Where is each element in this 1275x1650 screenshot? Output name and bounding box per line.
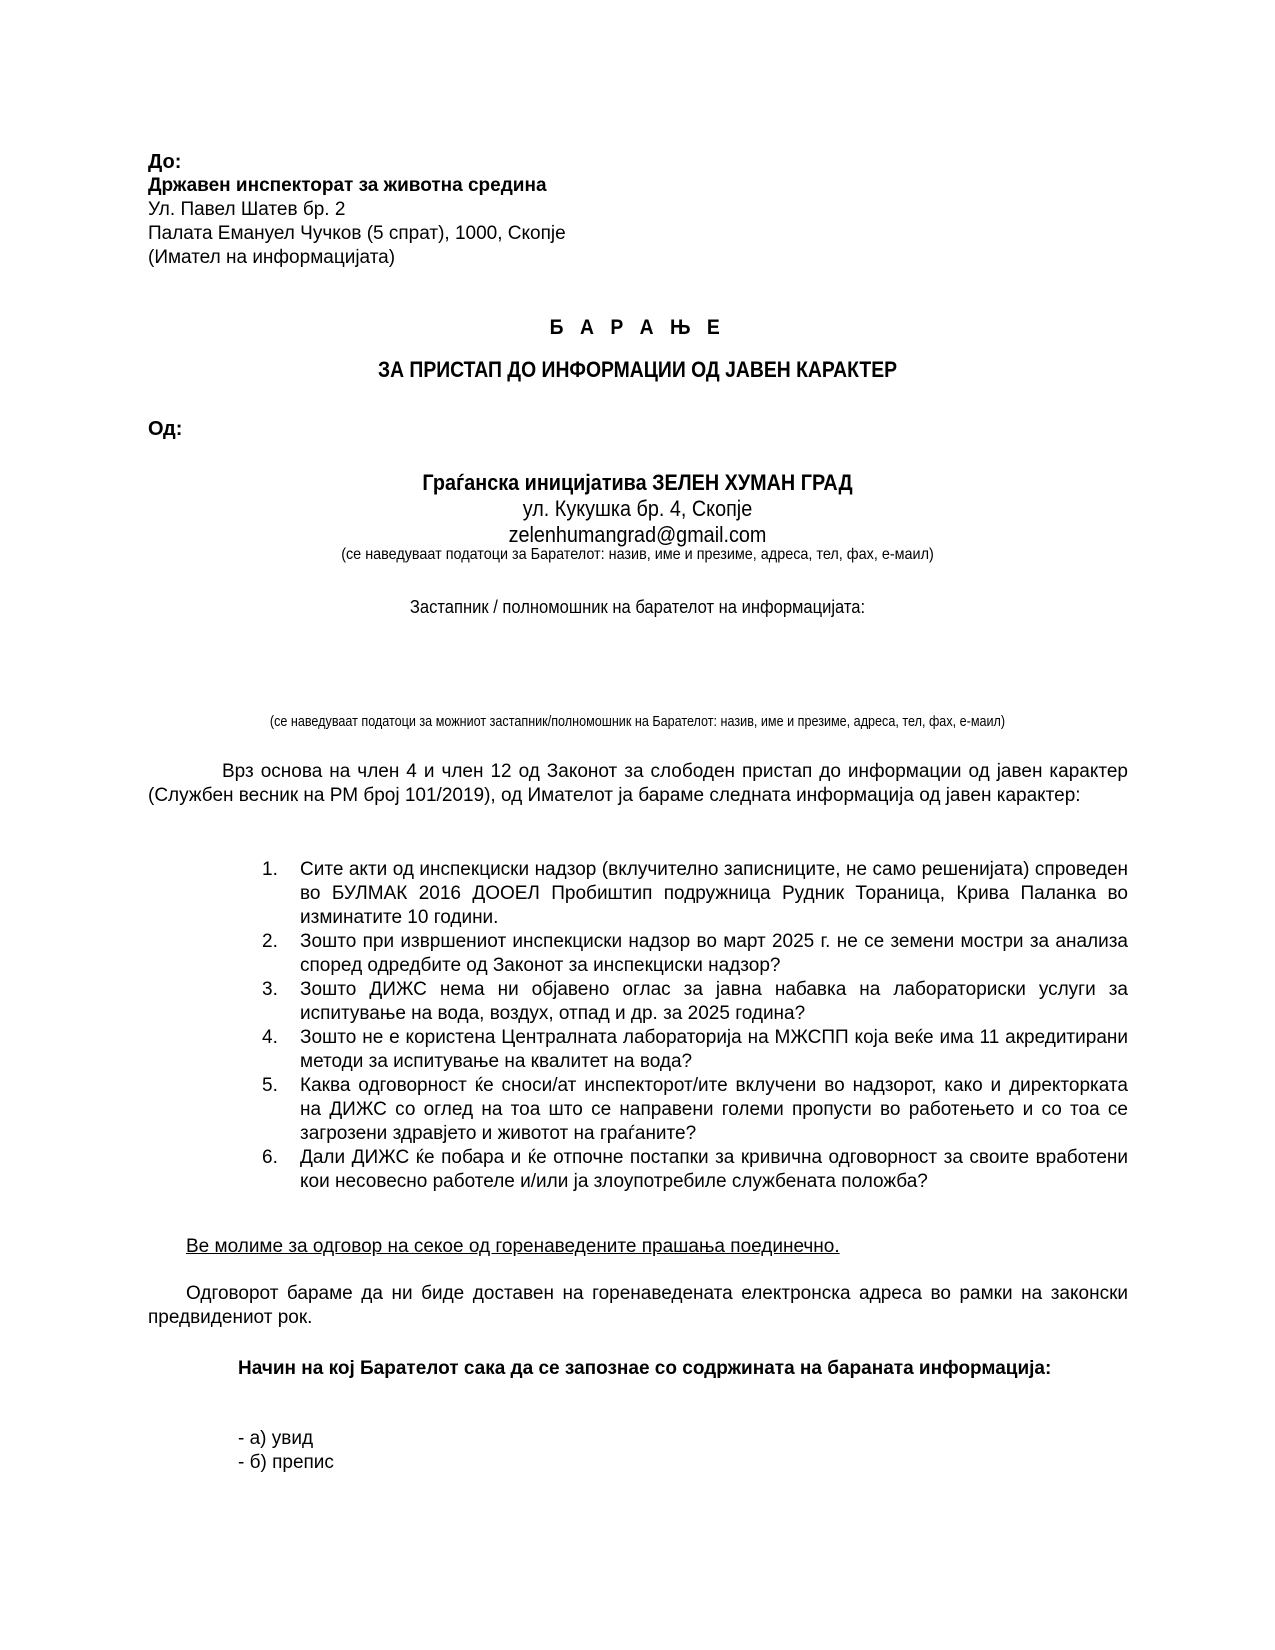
sender-org-name: ЗЕЛЕН ХУМАН ГРАД — [652, 470, 852, 495]
representative-label: Застапник / полномошник на барателот на … — [51, 597, 1224, 618]
document-subtitle: ЗА ПРИСТАП ДО ИНФОРМАЦИИ ОД ЈАВЕН КАРАКТ… — [77, 357, 1199, 383]
recipient-name: Државен инспекторат за животна средина — [148, 174, 566, 198]
delivery-paragraph: Одговорот бараме да ни биде доставен на … — [148, 1282, 1128, 1330]
manner-options: - а) увид - б) препис — [238, 1427, 334, 1475]
intro-paragraph: Врз основа на член 4 и член 12 од Законо… — [148, 760, 1128, 808]
question-text: Зошто при извршениот инспекциски надзор … — [300, 931, 1128, 976]
sender-address: ул. Кукушка бр. 4, Скопје — [64, 496, 1212, 522]
manner-heading: Начин на кој Барателот сака да се запозн… — [238, 1357, 1128, 1381]
recipient-block: До: Државен инспекторат за животна среди… — [148, 150, 566, 270]
question-number: 5. — [262, 1074, 278, 1098]
delivery-text: Одговорот бараме да ни биде доставен на … — [148, 1283, 1128, 1328]
question-text: Зошто ДИЖС нема ни објавено оглас за јав… — [300, 979, 1128, 1024]
question-item: 3.Зошто ДИЖС нема ни објавено оглас за ј… — [262, 978, 1128, 1026]
question-text: Зошто не е користена Централната лаборат… — [300, 1027, 1128, 1072]
manner-option-copy: - б) препис — [238, 1451, 334, 1475]
recipient-building: Палата Емануел Чучков (5 спрат), 1000, С… — [148, 222, 566, 246]
question-text: Сите акти од инспекциски надзор (вклучит… — [300, 859, 1128, 928]
sender-email: zelenhumangrad@gmail.com — [64, 522, 1212, 548]
question-item: 1.Сите акти од инспекциски надзор (вклуч… — [262, 858, 1128, 930]
recipient-street: Ул. Павел Шатев бр. 2 — [148, 198, 566, 222]
intro-text: Врз основа на член 4 и член 12 од Законо… — [148, 761, 1128, 806]
question-text: Каква одговорност ќе сноси/ат инспекторо… — [300, 1075, 1128, 1144]
recipient-label: До: — [148, 150, 566, 174]
representative-note: (се наведуваат податоци за можниот заста… — [102, 713, 1173, 730]
question-number: 3. — [262, 978, 278, 1002]
sender-organization: Граѓанска иницијатива ЗЕЛЕН ХУМАН ГРАД — [64, 470, 1212, 496]
question-text: Дали ДИЖС ќе побара и ќе отпочне постапк… — [300, 1147, 1128, 1192]
question-number: 4. — [262, 1026, 278, 1050]
questions-list: 1.Сите акти од инспекциски надзор (вклуч… — [262, 858, 1128, 1194]
sender-note: (се наведуваат податоци за Барателот: на… — [64, 546, 1212, 564]
question-number: 2. — [262, 930, 278, 954]
question-item: 4.Зошто не е користена Централната лабор… — [262, 1026, 1128, 1074]
question-item: 2.Зошто при извршениот инспекциски надзо… — [262, 930, 1128, 978]
sender-org-prefix: Граѓанска иницијатива — [422, 470, 652, 495]
question-number: 1. — [262, 858, 278, 882]
sender-block: Граѓанска иницијатива ЗЕЛЕН ХУМАН ГРАД у… — [64, 470, 1212, 548]
document-title: Б А Р А Њ Е — [51, 316, 1224, 340]
question-item: 6.Дали ДИЖС ќе побара и ќе отпочне поста… — [262, 1146, 1128, 1194]
question-number: 6. — [262, 1146, 278, 1170]
recipient-role: (Имател на информацијата) — [148, 246, 566, 270]
question-item: 5.Каква одговорност ќе сноси/ат инспекто… — [262, 1074, 1128, 1146]
manner-option-inspection: - а) увид — [238, 1427, 334, 1451]
document-page: До: Државен инспекторат за животна среди… — [0, 0, 1275, 1650]
answer-request: Ве молиме за одговор на секое од горенав… — [186, 1236, 840, 1258]
sender-label: Од: — [148, 418, 182, 441]
